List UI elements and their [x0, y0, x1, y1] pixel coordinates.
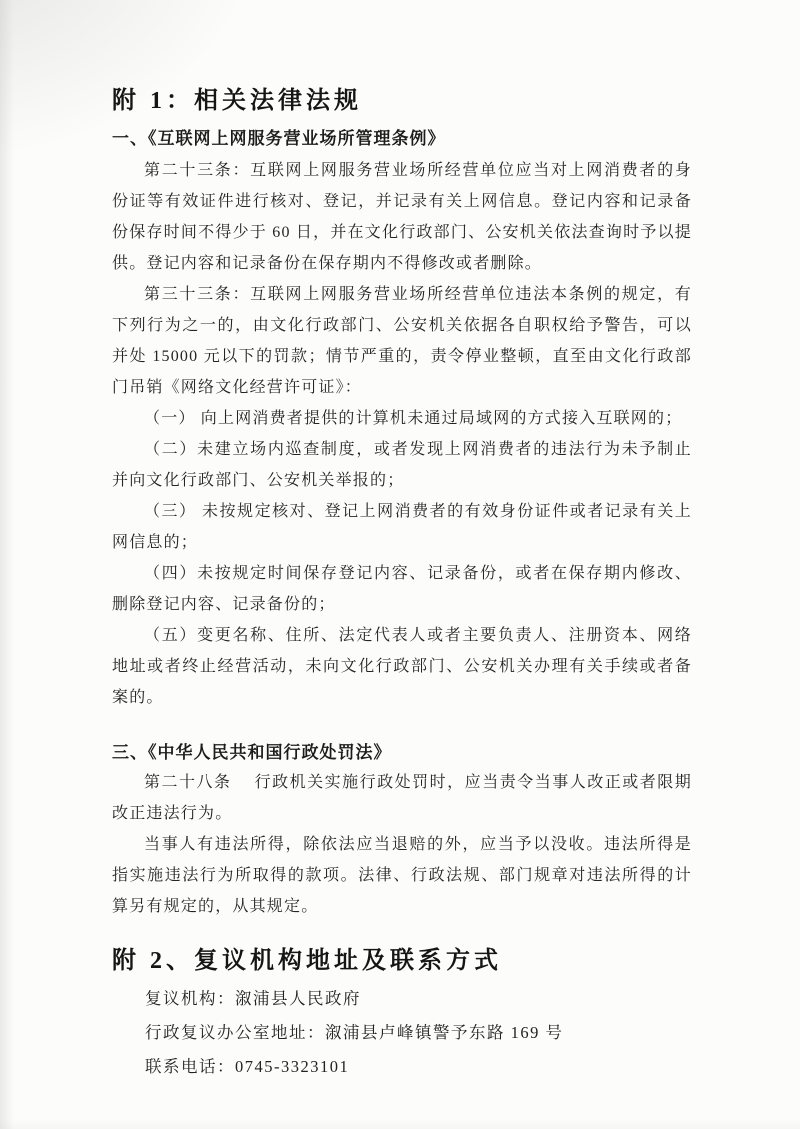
review-agency-line: 复议机构：溆浦县人民政府 [112, 982, 692, 1016]
article-33-item-1: （一） 向上网消费者提供的计算机未通过局域网的方式接入互联网的； [112, 403, 692, 434]
article-28-paragraph-1: 第二十八条 行政机关实施行政处罚时，应当责令当事人改正或者限期改正违法行为。 [112, 767, 692, 829]
review-office-address-line: 行政复议办公室地址：溆浦县卢峰镇警予东路 169 号 [112, 1016, 692, 1050]
scanned-document-page: 附 1：相关法律法规 一、《互联网上网服务营业场所管理条例》 第二十三条：互联网… [0, 0, 800, 1129]
article-33-item-4: （四）未按规定时间保存登记内容、记录备份，或者在保存期内修改、删除登记内容、记录… [112, 558, 692, 620]
contact-phone-line: 联系电话：0745-3323101 [112, 1050, 692, 1084]
article-33-item-3: （三） 未按规定核对、登记上网消费者的有效身份证件或者记录有关上网信息的； [112, 496, 692, 558]
article-33-intro-paragraph: 第三十三条：互联网上网服务营业场所经营单位违法本条例的规定，有下列行为之一的，由… [112, 279, 692, 403]
law-heading-administrative-penalty-law: 三、《中华人民共和国行政处罚法》 [112, 740, 692, 766]
article-23-paragraph: 第二十三条：互联网上网服务营业场所经营单位应当对上网消费者的身份证等有效证件进行… [112, 155, 692, 279]
attachment1-title: 附 1：相关法律法规 [112, 86, 692, 116]
attachment2-title: 附 2、复议机构地址及联系方式 [112, 946, 692, 976]
article-28-paragraph-2: 当事人有违法所得，除依法应当退赔的外，应当予以没收。违法所得是指实施违法行为所取… [112, 829, 692, 922]
article-33-item-2: （二）未建立场内巡查制度，或者发现上网消费者的违法行为未予制止并向文化行政部门、… [112, 434, 692, 496]
article-33-item-5: （五）变更名称、住所、法定代表人或者主要负责人、注册资本、网络地址或者终止经营活… [112, 620, 692, 713]
law-heading-internet-service-regulation: 一、《互联网上网服务营业场所管理条例》 [112, 126, 692, 152]
